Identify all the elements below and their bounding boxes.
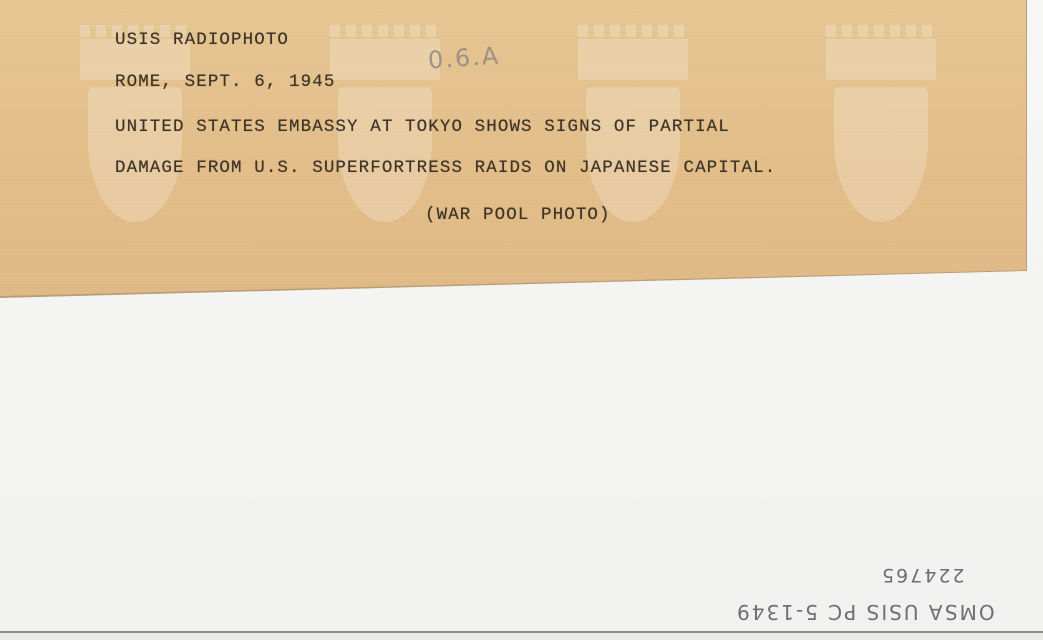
caption-credit: (WAR POOL PHOTO) xyxy=(425,205,611,225)
watermark-shield-icon xyxy=(826,25,936,225)
caption-slip: USIS RADIOPHOTO ROME, SEPT. 6, 1945 0.6.… xyxy=(0,0,1026,296)
scan-background xyxy=(0,633,1043,640)
caption-header-source: USIS RADIOPHOTO xyxy=(115,30,289,50)
caption-body-line-1: UNITED STATES EMBASSY AT TOKYO SHOWS SIG… xyxy=(115,117,730,137)
handwritten-accession-number: 224765 xyxy=(880,564,965,586)
handwritten-archive-reference: OMSA USIS PC 5-1349 xyxy=(735,600,995,624)
caption-header-dateline: ROME, SEPT. 6, 1945 xyxy=(115,72,335,92)
pencil-annotation: 0.6.A xyxy=(427,42,501,75)
caption-body-line-2: DAMAGE FROM U.S. SUPERFORTRESS RAIDS ON … xyxy=(115,158,776,178)
